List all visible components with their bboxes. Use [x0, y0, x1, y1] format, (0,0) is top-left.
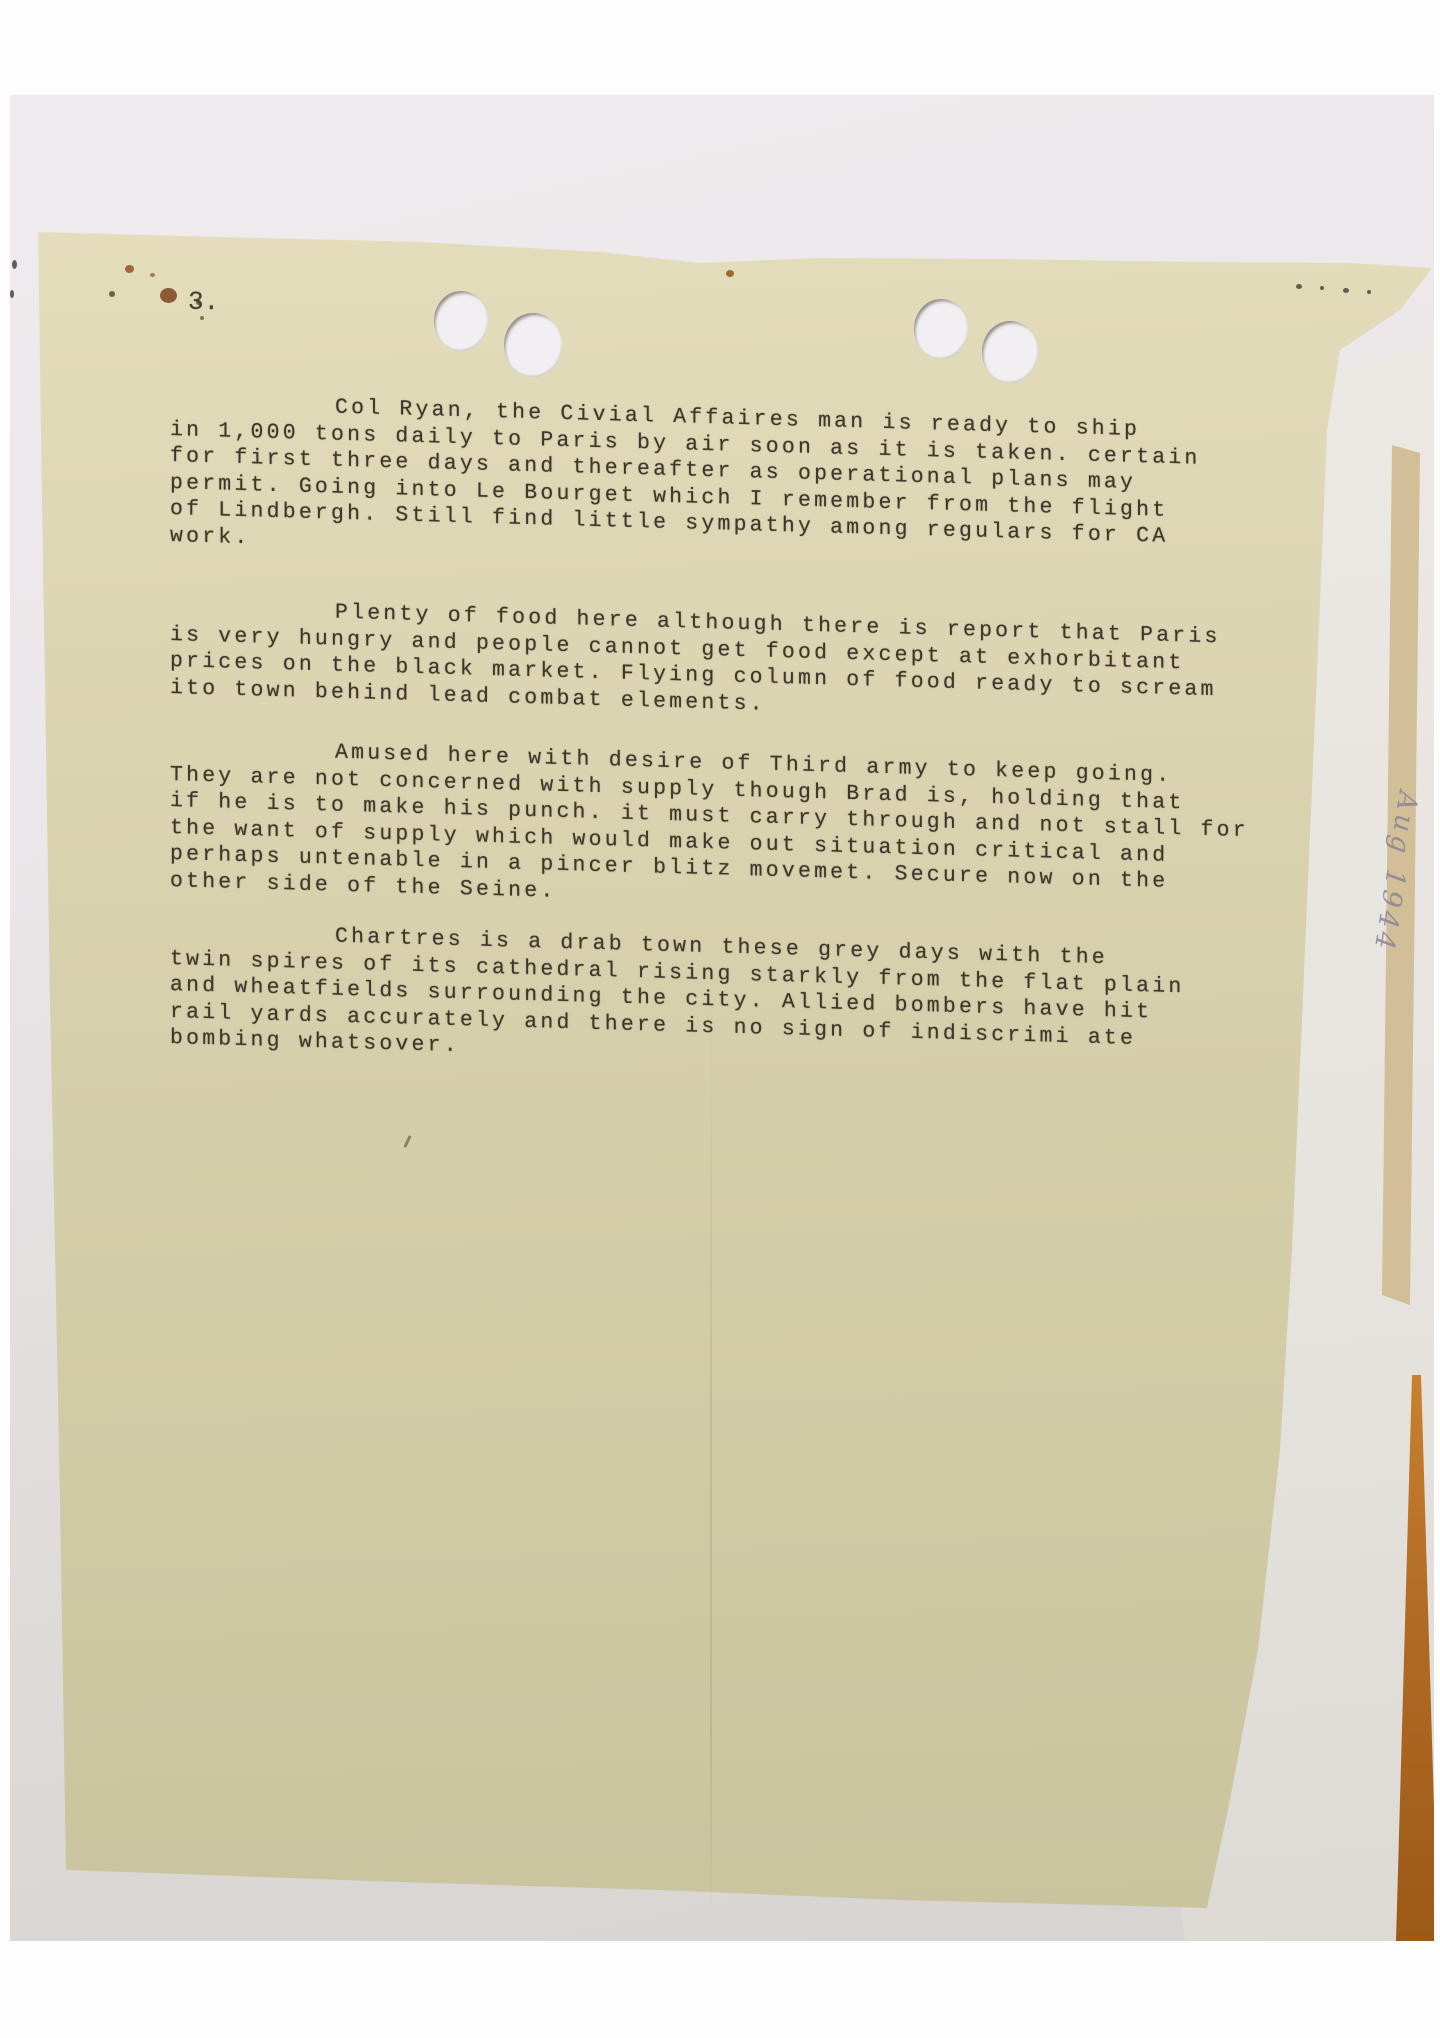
punch-hole	[914, 299, 968, 359]
punch-hole	[504, 313, 562, 377]
stain-spot	[10, 290, 14, 298]
stain-spot	[1296, 284, 1302, 289]
stain-spot	[160, 288, 177, 303]
stain-spot	[125, 265, 134, 273]
paragraph: Amused here with desire of Third army to…	[170, 735, 1330, 926]
paragraph: Plenty of food here although there is re…	[170, 595, 1330, 733]
stain-spot	[1320, 286, 1324, 290]
punch-hole	[982, 321, 1038, 383]
stain-spot	[12, 260, 17, 269]
stain-spot	[150, 273, 155, 277]
stain-spot	[109, 291, 115, 297]
paragraph: Col Ryan, the Civial Affaires man is rea…	[170, 390, 1330, 581]
page-number: 3.	[188, 287, 220, 318]
stain-spot	[1343, 288, 1349, 293]
scanned-document: Aug 1944 3. Col Ryan, the Civial Affaire…	[0, 0, 1440, 2038]
punch-hole	[434, 291, 488, 351]
page-crease	[710, 995, 712, 1915]
photograph: Aug 1944 3. Col Ryan, the Civial Affaire…	[10, 95, 1434, 1941]
stain-spot	[1367, 290, 1371, 294]
typed-text: Col Ryan, the Civial Affaires man is rea…	[170, 390, 1330, 1084]
stain-spot	[726, 270, 734, 277]
